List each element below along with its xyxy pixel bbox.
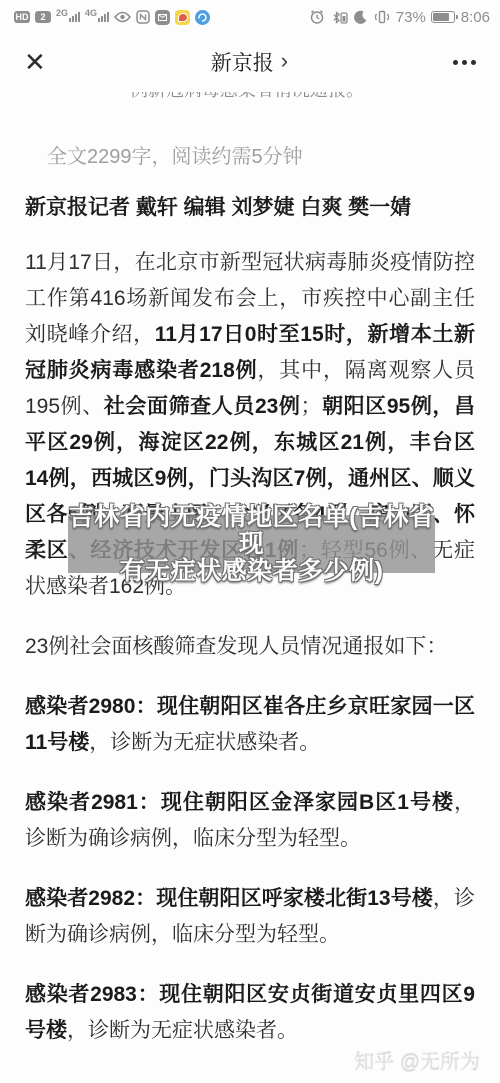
- caption-overlay: 吉林省内无疫情地区名单(吉林省现 有无症状感染者多少例): [68, 515, 435, 573]
- status-bar: HD 2 2G 4G: [0, 0, 500, 32]
- text-segment: 社会面筛查人员23例: [104, 395, 301, 418]
- sim2-badge: 2: [35, 11, 51, 23]
- text-segment: 23例社会面核酸筛查发现人员情况通报如下：: [25, 635, 447, 658]
- signal-2g-icon: 2G: [56, 12, 80, 22]
- text-segment: ；: [301, 395, 322, 418]
- text-segment: ，诊断为无症状感染者。: [67, 1019, 298, 1042]
- signal-bars-icon: [69, 12, 80, 22]
- bluetooth-battery-icon: [330, 10, 348, 25]
- zhihu-watermark: 知乎 @无所为: [354, 1046, 480, 1075]
- vibrate-icon: [373, 10, 391, 24]
- alarm-clock-icon: [309, 9, 325, 25]
- weibo-app-icon: [175, 10, 190, 25]
- article-body: 11月17日，在北京市新型冠状病毒肺炎疫情防控工作第416场新闻发布会上，市疾控…: [25, 245, 475, 1049]
- nav-bar: ✕ 新京报 ›: [0, 32, 500, 92]
- byline: 新京报记者 戴轩 编辑 刘梦婕 白爽 樊一婧: [25, 191, 475, 221]
- paragraph: 感染者2980：现住朝阳区崔各庄乡京旺家园一区11号楼，诊断为无症状感染者。: [25, 689, 475, 761]
- eye-comfort-icon: [114, 11, 131, 23]
- status-right-cluster: 73% 8:06: [309, 9, 490, 26]
- account-title[interactable]: 新京报 ›: [211, 47, 288, 77]
- phone-screen: HD 2 2G 4G: [0, 0, 500, 1083]
- more-menu-button[interactable]: [453, 60, 476, 65]
- paragraph: 感染者2981：现住朝阳区金泽家园B区1号楼，诊断为确诊病例，临床分型为轻型。: [25, 785, 475, 857]
- caption-line: 有无症状感染者多少例): [120, 558, 384, 585]
- clipped-previous-line: 例新冠病毒感染者情况通报。: [130, 92, 475, 102]
- paragraph: 感染者2982：现住朝阳区呼家楼北街13号楼，诊断为确诊病例，临床分型为轻型。: [25, 881, 475, 953]
- mail-app-icon: [155, 10, 170, 25]
- text-segment: 感染者2982：现住朝阳区呼家楼北街13号楼: [25, 887, 433, 910]
- battery-percent-label: 73%: [396, 9, 426, 26]
- clock-label: 8:06: [461, 9, 490, 26]
- paragraph: 23例社会面核酸筛查发现人员情况通报如下：: [25, 629, 475, 665]
- signal-bars-icon: [98, 12, 109, 22]
- signal-4g-icon: 4G: [85, 12, 109, 22]
- hd-badge: HD: [14, 11, 30, 23]
- caption-line: 吉林省内无疫情地区名单(吉林省现: [68, 504, 435, 558]
- text-segment: ，诊断为无症状感染者。: [89, 731, 320, 754]
- browser-app-icon: [195, 10, 210, 25]
- text-segment: 感染者2981：现住朝阳区金泽家园B区1号楼: [25, 791, 454, 814]
- nfc-icon: [136, 10, 150, 24]
- close-icon[interactable]: ✕: [24, 49, 46, 75]
- paragraph: 感染者2983：现住朝阳区安贞街道安贞里四区9号楼，诊断为无症状感染者。: [25, 977, 475, 1049]
- battery-icon: [431, 11, 455, 23]
- reading-time-label: 全文2299字，阅读约需5分钟: [25, 140, 475, 169]
- status-left-cluster: HD 2 2G 4G: [14, 10, 210, 25]
- moon-icon: [353, 10, 368, 25]
- chevron-right-icon: ›: [281, 51, 288, 71]
- page-title: 新京报: [211, 47, 274, 77]
